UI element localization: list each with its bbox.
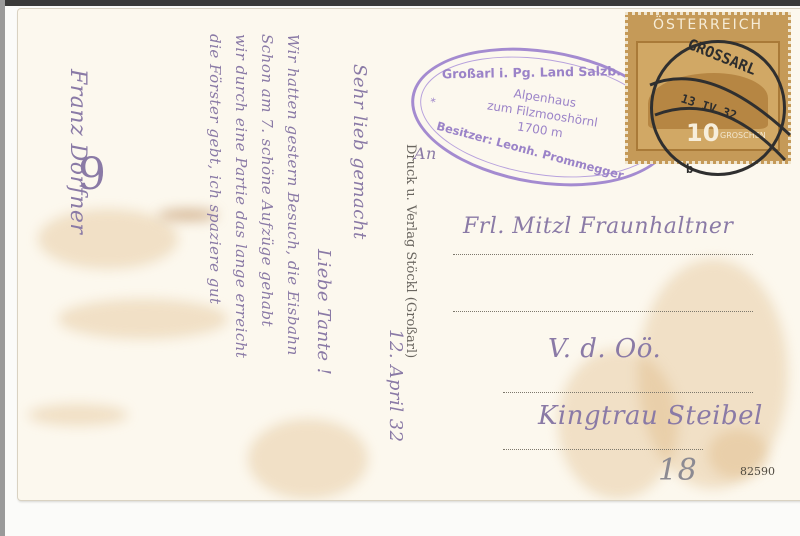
greeting: Liebe Tante ! (313, 249, 334, 376)
message-line: Sehr lieb gemacht (349, 64, 370, 240)
date: 12. April 32 (385, 329, 406, 443)
postmark-code: b (686, 162, 693, 176)
message-line: wir durch eine Partie das lange erreicht (232, 34, 250, 358)
address-line (503, 392, 753, 393)
message-line: Schon am 7. schöne Aufzüge gehabt (258, 34, 276, 327)
message-line: Wir hatten gestern Besuch, die Eisbahn (284, 34, 302, 356)
stamp-country: ÖSTERREICH (628, 17, 788, 33)
scan-left-edge (0, 0, 5, 536)
stain (38, 209, 178, 269)
address-line (453, 311, 753, 312)
address-recipient: Frl. Mitzl Fraunhaltner (463, 214, 733, 239)
address-prefix: An (414, 144, 437, 163)
handwritten-number: 9 (78, 149, 107, 200)
address-line-4: 18 (658, 453, 697, 488)
stain (248, 419, 368, 499)
stain (58, 299, 228, 339)
scan-top-edge (0, 0, 800, 6)
address-line (503, 449, 703, 450)
address-line-2: V. d. Oö. (548, 334, 661, 364)
address-line-3: Kingtrau Steibel (538, 401, 763, 431)
serial-number: 82590 (740, 465, 775, 478)
message-line: die Förster gebt, ich spaziere gut (206, 34, 224, 305)
publisher-imprint: Druck u. Verlag Stöckl (Großarl) (403, 144, 418, 358)
stain (28, 404, 128, 426)
address-line (453, 254, 753, 255)
